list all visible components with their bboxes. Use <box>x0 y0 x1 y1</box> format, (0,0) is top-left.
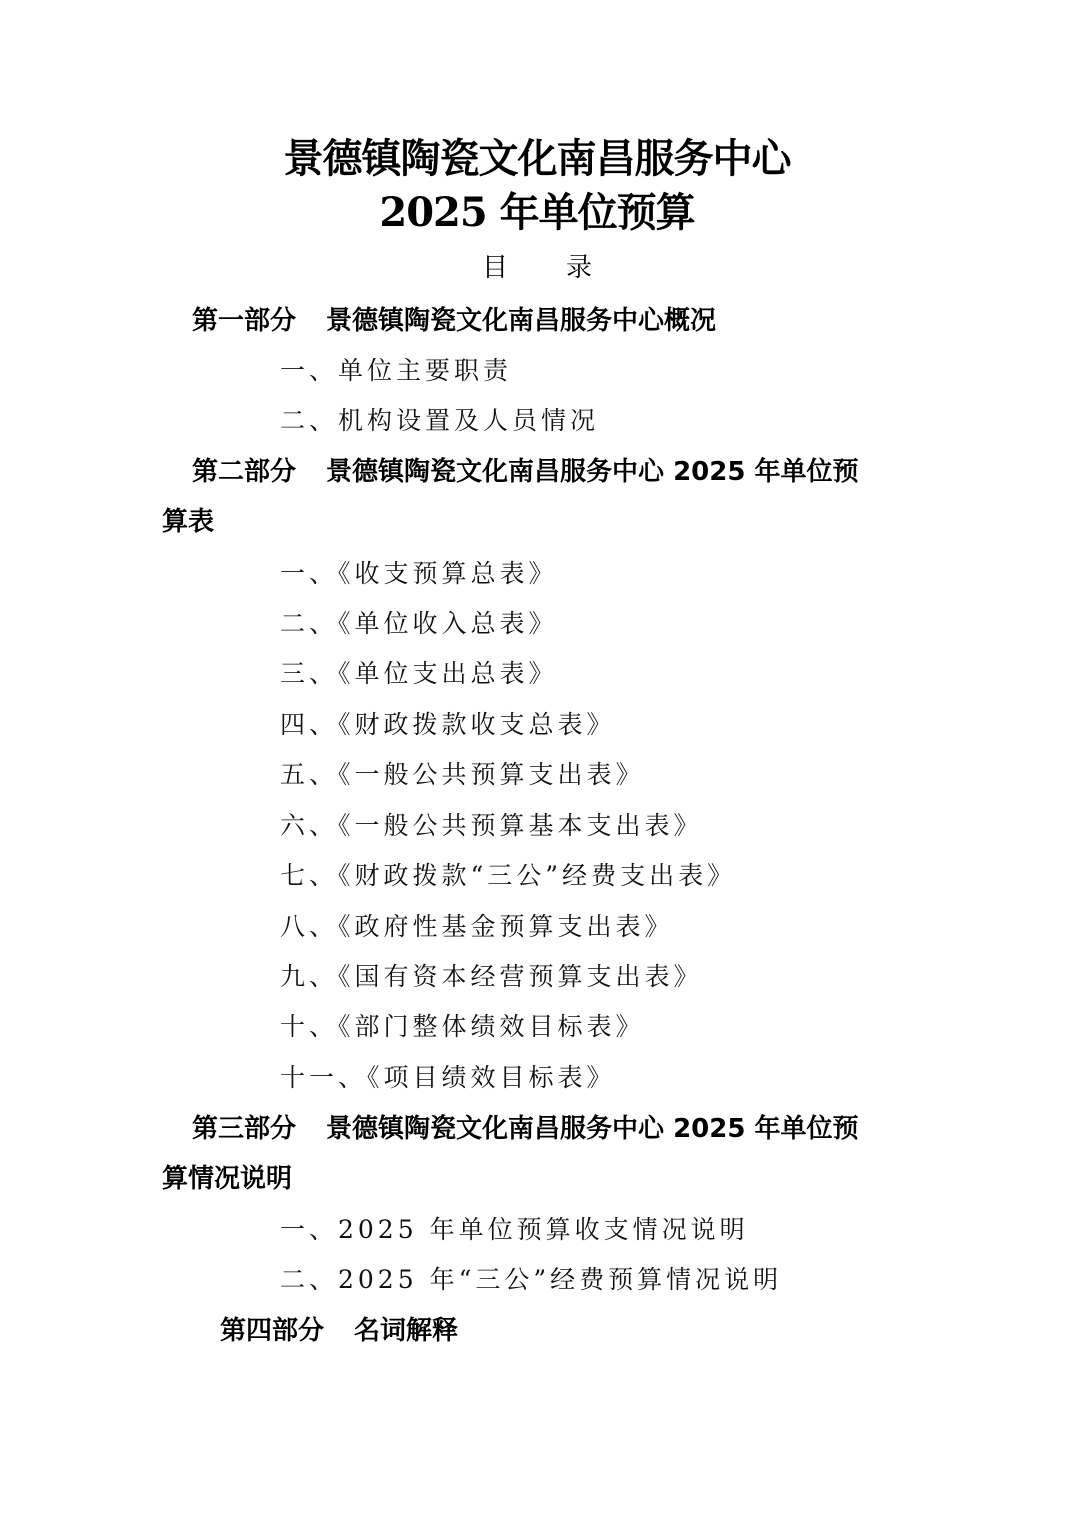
toc-item[interactable]: 十一、《项目绩效目标表》 <box>280 1061 616 1095</box>
part-label: 第一部分 <box>192 304 296 338</box>
toc-part-1[interactable]: 第一部分景德镇陶瓷文化南昌服务中心概况 <box>192 304 716 338</box>
toc-item[interactable]: 二、2025 年“三公”经费预算情况说明 <box>280 1263 782 1297</box>
toc-item[interactable]: 一、《收支预算总表》 <box>280 557 558 591</box>
toc-part-3[interactable]: 第三部分景德镇陶瓷文化南昌服务中心 2025 年单位预 <box>192 1112 858 1146</box>
toc-heading-char1: 目 <box>482 250 508 286</box>
part-name: 景德镇陶瓷文化南昌服务中心 2025 年单位预 <box>326 455 858 489</box>
part-label: 第三部分 <box>192 1112 296 1146</box>
toc-item[interactable]: 一、单位主要职责 <box>280 354 512 388</box>
toc-part-4[interactable]: 第四部分名词解释 <box>220 1314 458 1348</box>
document-title-line2: 2025 年单位预算 <box>0 188 1074 238</box>
toc-item[interactable]: 四、《财政拨款收支总表》 <box>280 708 616 742</box>
toc-item[interactable]: 二、机构设置及人员情况 <box>280 404 599 438</box>
part-name: 名词解释 <box>354 1314 458 1348</box>
toc-item[interactable]: 三、《单位支出总表》 <box>280 657 558 691</box>
toc-item[interactable]: 九、《国有资本经营预算支出表》 <box>280 960 703 994</box>
toc-item[interactable]: 八、《政府性基金预算支出表》 <box>280 910 674 944</box>
toc-item[interactable]: 六、《一般公共预算基本支出表》 <box>280 809 703 843</box>
toc-item[interactable]: 二、《单位收入总表》 <box>280 607 558 641</box>
toc-heading-char2: 录 <box>566 250 592 286</box>
toc-item[interactable]: 一、2025 年单位预算收支情况说明 <box>280 1213 749 1247</box>
document-page: 景德镇陶瓷文化南昌服务中心 2025 年单位预算 目录 第一部分景德镇陶瓷文化南… <box>0 0 1074 1520</box>
document-title-line1: 景德镇陶瓷文化南昌服务中心 <box>0 134 1074 184</box>
part-name: 景德镇陶瓷文化南昌服务中心概况 <box>326 304 716 338</box>
part-name: 景德镇陶瓷文化南昌服务中心 2025 年单位预 <box>326 1112 858 1146</box>
toc-part-2[interactable]: 第二部分景德镇陶瓷文化南昌服务中心 2025 年单位预 <box>192 455 858 489</box>
part-label: 第二部分 <box>192 455 296 489</box>
part-name-continuation: 算表 <box>162 505 214 539</box>
toc-heading: 目录 <box>0 250 1074 286</box>
toc-item[interactable]: 七、《财政拨款“三公”经费支出表》 <box>280 859 736 893</box>
toc-item[interactable]: 十、《部门整体绩效目标表》 <box>280 1010 645 1044</box>
toc-item[interactable]: 五、《一般公共预算支出表》 <box>280 758 645 792</box>
part-name-continuation: 算情况说明 <box>162 1162 292 1196</box>
part-label: 第四部分 <box>220 1314 324 1348</box>
